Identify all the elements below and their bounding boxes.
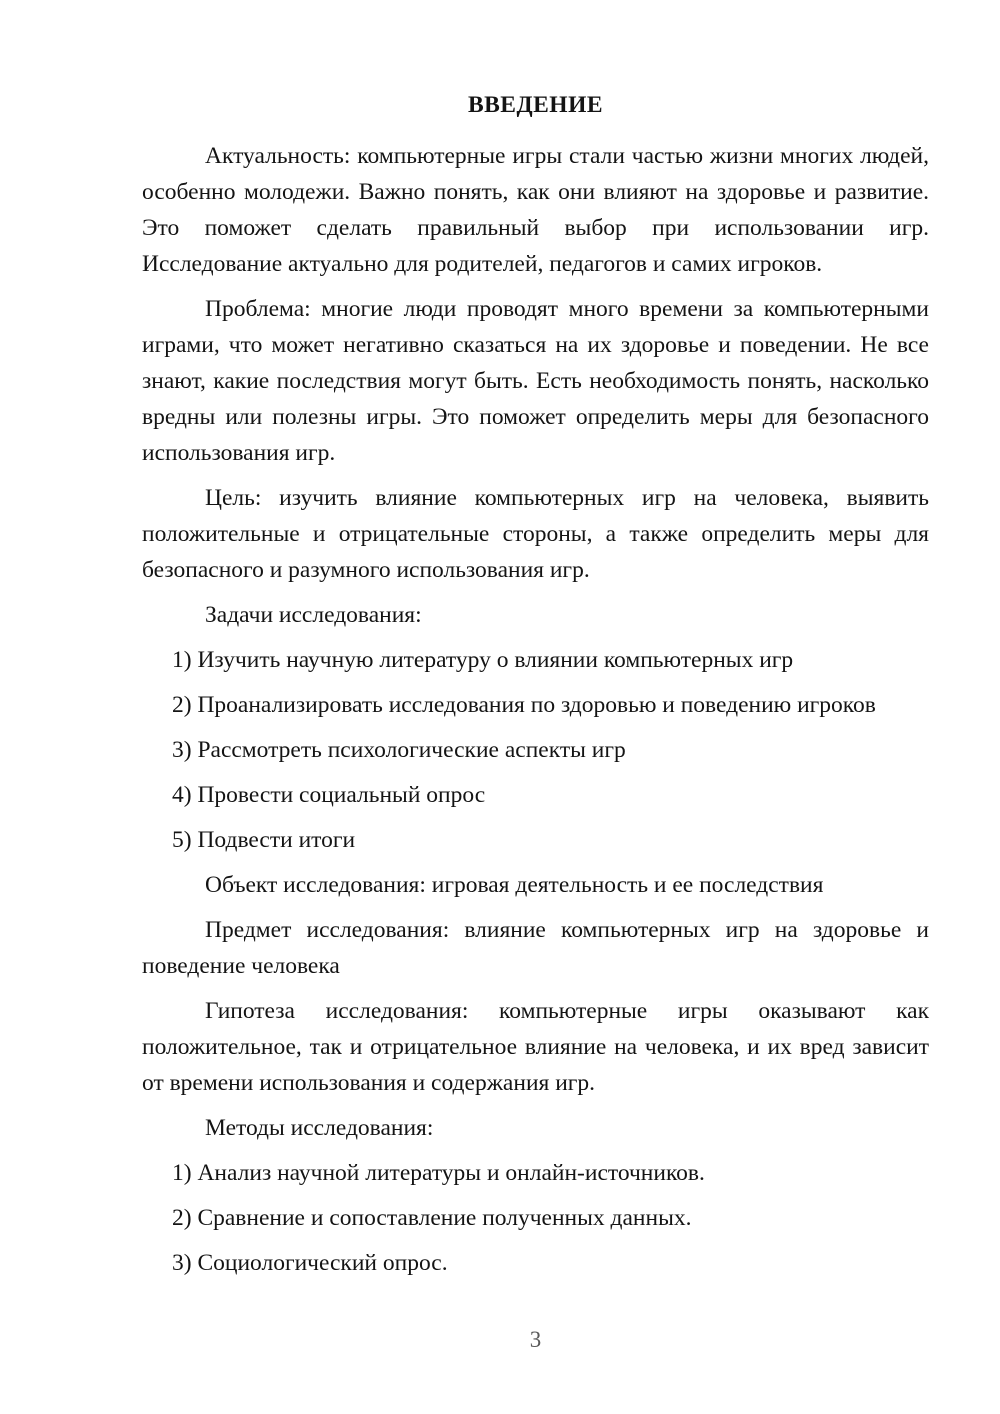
methods-heading: Методы исследования: — [142, 1110, 929, 1146]
task-item-5: 5) Подвести итоги — [142, 822, 929, 858]
task-item-2: 2) Проанализировать исследования по здор… — [142, 687, 929, 723]
method-item-1: 1) Анализ научной литературы и онлайн-ис… — [142, 1155, 929, 1191]
paragraph-subject: Предмет исследования: влияние компьютерн… — [142, 912, 929, 984]
page-number: 3 — [142, 1322, 929, 1358]
method-item-3: 3) Социологический опрос. — [142, 1245, 929, 1281]
tasks-heading: Задачи исследования: — [142, 597, 929, 633]
method-item-2: 2) Сравнение и сопоставление полученных … — [142, 1200, 929, 1236]
document-content: ВВЕДЕНИЕ Актуальность: компьютерные игры… — [142, 87, 929, 1290]
paragraph-object: Объект исследования: игровая деятельност… — [142, 867, 929, 903]
paragraph-actuality: Актуальность: компьютерные игры стали ча… — [142, 138, 929, 282]
task-item-3: 3) Рассмотреть психологические аспекты и… — [142, 732, 929, 768]
paragraph-goal: Цель: изучить влияние компьютерных игр н… — [142, 480, 929, 588]
paragraph-problem: Проблема: многие люди проводят много вре… — [142, 291, 929, 471]
task-item-1: 1) Изучить научную литературу о влиянии … — [142, 642, 929, 678]
document-title: ВВЕДЕНИЕ — [142, 87, 929, 123]
task-item-4: 4) Провести социальный опрос — [142, 777, 929, 813]
document-page: ВВЕДЕНИЕ Актуальность: компьютерные игры… — [0, 0, 1000, 1414]
paragraph-hypothesis: Гипотеза исследования: компьютерные игры… — [142, 993, 929, 1101]
